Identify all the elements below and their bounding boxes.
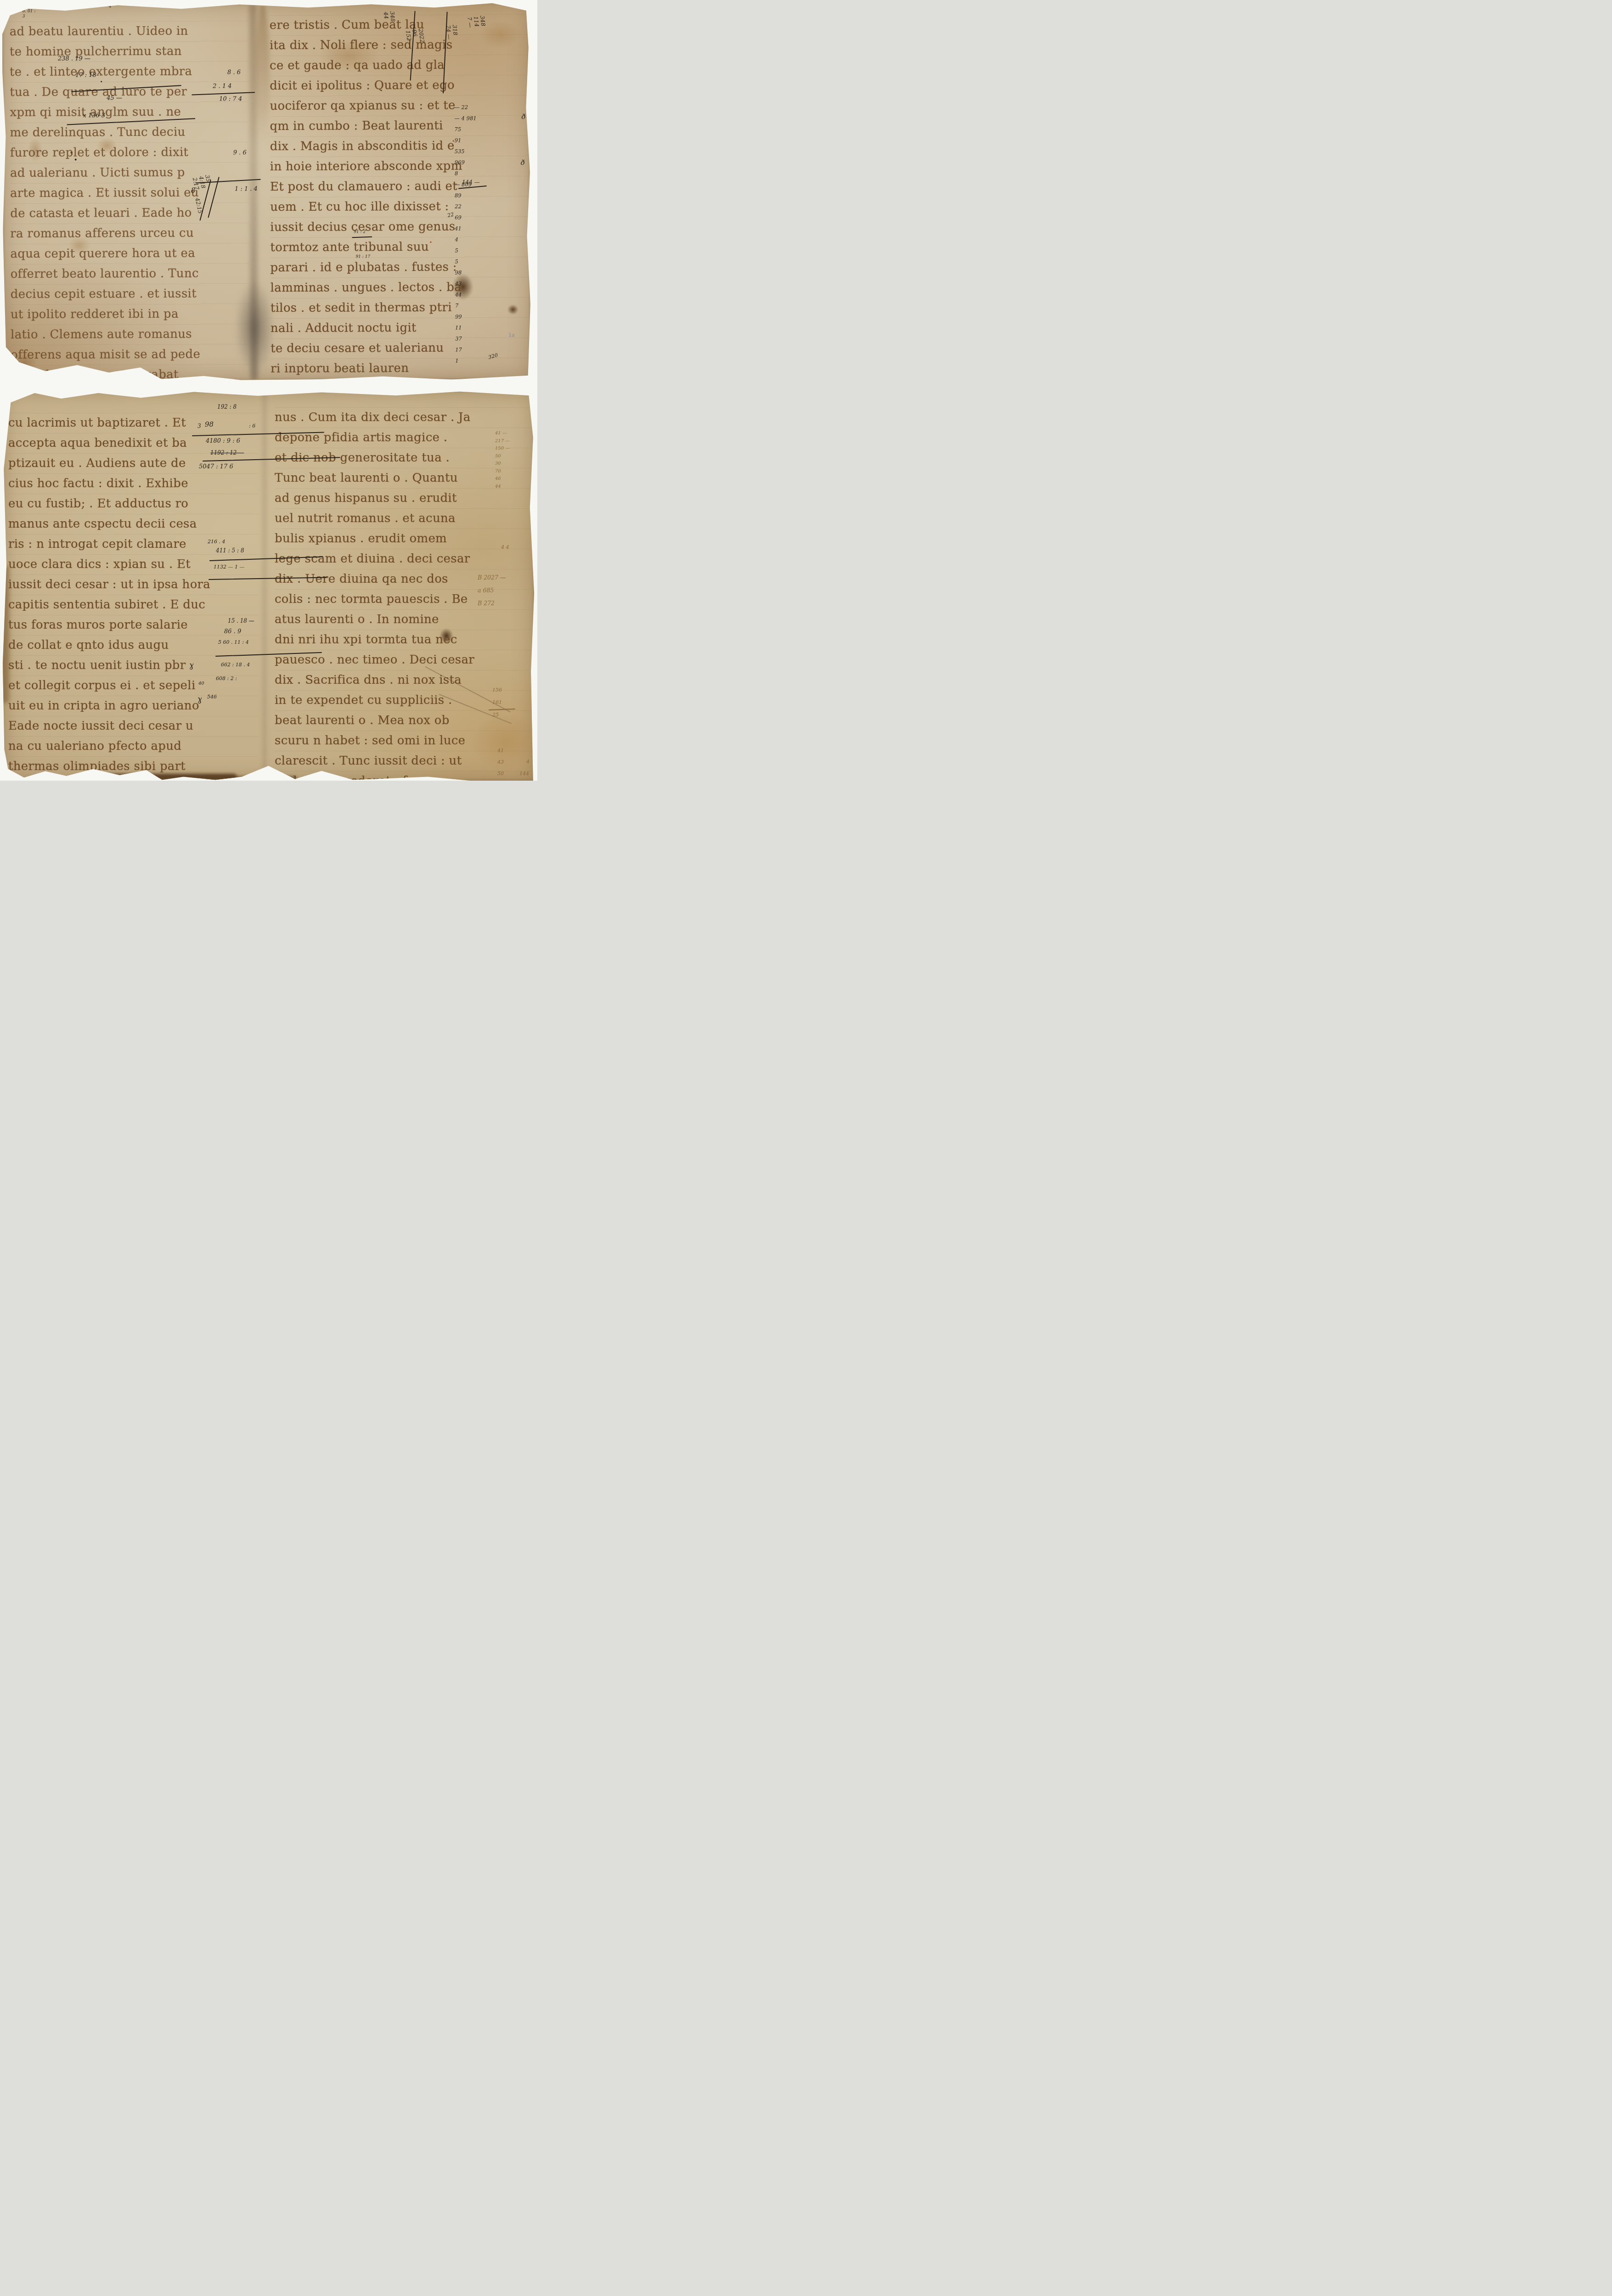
text-line: tribunal	[8, 777, 259, 781]
annotation-662-18-4: 662 : 18 . 4	[221, 662, 250, 668]
annotation-4180-9-6: 4180 : 9 : 6	[206, 438, 240, 445]
annotation-colon-6: : 6	[249, 423, 255, 429]
text-line: dicit ei ipolitus : Quare et ego	[270, 75, 530, 96]
text-line: capitis sententia subiret . E duc	[8, 595, 259, 615]
eth-glyph: ð	[521, 158, 525, 167]
annotation-40: 40	[198, 681, 204, 686]
annotation-4: 4	[526, 759, 530, 765]
text-line: B 272	[478, 597, 506, 610]
annotation-24: 2 4	[69, 4, 77, 10]
text-line: thermas olimpiades sibi part	[8, 756, 259, 777]
text-line: 43	[497, 756, 507, 768]
text-column-left: ad beatu laurentiu . Uideo inte homine p…	[10, 21, 250, 380]
text-line: 91	[455, 135, 498, 146]
text-line: 7 —	[466, 17, 473, 28]
annotation-8-6: 8 . 6	[227, 69, 241, 76]
text-line: 50	[495, 453, 510, 461]
corner-computation-3: 31874 —	[445, 25, 459, 40]
text-line: 50	[497, 768, 507, 779]
annotation-98: 98	[205, 420, 214, 428]
text-line: te . et linteo extergente mbra	[10, 61, 248, 82]
text-line: iussit deci cesar : ut in ipsa hora	[8, 574, 259, 595]
annotation-1-14: 1 : 1 . 4	[235, 186, 258, 192]
text-line: 8 4	[23, 4, 36, 9]
annotation-411-5-8: 411 : 5 : 8	[216, 547, 244, 554]
gamma-curl: ɣ	[189, 661, 194, 670]
text-line: dni nri ihu xpi tormta tua nec	[275, 630, 532, 650]
text-line: 75	[454, 124, 498, 135]
text-line: 7	[455, 300, 499, 311]
text-line: Tunc beat laurenti o . Quantu	[275, 468, 532, 488]
corner-computation-1: 34844	[383, 11, 396, 23]
text-line: 11	[455, 322, 499, 333]
annotation-4-mark: 4	[109, 4, 112, 9]
eth-glyph: ð	[521, 113, 525, 121]
annotation-560-11-4: 5 60 . 11 : 4	[218, 639, 249, 645]
text-line: cu lacrimis ut baptizaret . Et	[8, 413, 259, 433]
text-line: 156	[492, 684, 502, 696]
text-line: 41	[497, 745, 507, 756]
corner-computation-4: 3481147 —	[466, 15, 486, 28]
annotation-1132: 1132 — 1 —	[214, 564, 244, 570]
text-line: 44	[455, 289, 499, 300]
text-line: ce et gaude : qa uado ad gla	[270, 55, 530, 76]
text-line: a 685	[478, 584, 506, 597]
text-line: — 809	[455, 179, 498, 190]
text-line: me derelinquas . Tunc deciu	[10, 122, 248, 143]
annotation-45: 45 —	[107, 95, 122, 101]
annotation-17-18: 17 : 18	[75, 72, 96, 79]
annotation-608-2: 608 : 2 :	[216, 675, 237, 681]
text-line: 74 —	[445, 25, 452, 40]
annotation-1192-12: 1192 : 12 —	[210, 450, 244, 456]
annotation-91-17: 91 : 17	[355, 254, 370, 259]
pencil-folio-mark: 1a	[508, 332, 515, 338]
annotation-192-8: 192 : 8	[217, 404, 237, 410]
top-left-scraps: 8 48. 01 :3	[23, 4, 36, 19]
text-line: 41 —	[495, 430, 510, 438]
annotation-238-19: 238 . 19 —	[58, 55, 90, 62]
text-line: 25	[492, 709, 502, 721]
annotation-15-18: 15 . 18 —	[228, 618, 254, 624]
text-line: B 2027 —	[478, 571, 506, 584]
text-line: 22	[455, 201, 498, 212]
margin-number-column: — 22— 4 98175915359698— 8098922694145598…	[454, 101, 499, 366]
annotation-2-14: 2 . 1 4	[213, 83, 231, 90]
text-line: 30	[495, 460, 510, 468]
text-line: cu lapidib; cederet . fr	[275, 771, 532, 781]
corner-computation-2: 202296152 —	[405, 28, 426, 49]
text-line: clarescit . Tunc iussit deci : ut	[275, 751, 532, 771]
text-line: bulis xpianus . erudit omem	[275, 529, 532, 549]
text-line: 8	[455, 168, 498, 179]
text-line: manus ante cspectu decii cesa	[8, 514, 259, 534]
margin-number-column: 41 —217 —150 —5030704644	[495, 430, 510, 490]
annotation-216-4: 216 . 4	[208, 539, 225, 545]
text-line: 70	[495, 468, 510, 476]
text-line: 37	[455, 333, 499, 344]
text-line: ra romanus afferens urceu cu	[10, 223, 249, 244]
text-line: uit eu in cripta in agro ueriano	[8, 696, 259, 716]
text-line: de catasta et leuari . Eade ho	[10, 203, 249, 224]
text-line: 43	[455, 278, 499, 289]
text-line: 180	[497, 779, 507, 781]
text-line: atus laurenti o . In nomine	[275, 609, 532, 630]
annotation-91-2: 91 : 2	[354, 230, 366, 234]
text-line: — 22	[454, 101, 498, 113]
gamma-curl: ɣ	[197, 695, 202, 703]
annotation-5047-17-6: 5047 : 17 6	[199, 463, 233, 470]
parchment-leaf-top: ad beatu laurentiu . Uideo inte homine p…	[2, 2, 531, 381]
text-line: Eade nocte iussit deci cesar u	[8, 716, 259, 736]
text-line: — 4 981	[454, 113, 498, 124]
annotation-86-9: 86 . 9	[224, 628, 241, 635]
text-line: 348	[479, 15, 486, 27]
text-line: 3	[23, 14, 36, 19]
text-line: 348	[389, 11, 396, 22]
annotation-x136: x 136 3	[83, 112, 105, 119]
text-line: aqua cepit querere hora ut ea	[10, 243, 249, 264]
text-line: eu cu fustib; . Et adductus ro	[8, 494, 259, 514]
text-line: decius cepit estuare . et iussit	[11, 283, 249, 304]
text-line: 44	[495, 483, 510, 491]
text-line: 114	[473, 16, 480, 28]
text-line: 46	[495, 475, 510, 483]
margin-sum-block: B 2027 —a 685B 272	[478, 571, 506, 610]
text-line: 69	[455, 212, 498, 223]
annotation-3: 3	[197, 423, 201, 429]
annotation-546: 546	[207, 694, 217, 700]
margin-sum-block: 15616125	[492, 684, 502, 721]
text-line: 535	[455, 146, 498, 157]
text-line: furore replet et dolore : dixit	[10, 142, 249, 163]
text-line: lege scam et diuina . deci cesar	[275, 549, 532, 569]
text-line: depone pfidia artis magice .	[275, 428, 532, 448]
text-line: 217 —	[495, 438, 510, 445]
text-line: tus foras muros porte salarie	[8, 615, 259, 635]
text-line: 99	[455, 311, 499, 322]
annotation-9-6: 9 . 6	[233, 149, 247, 156]
text-line: 161	[492, 696, 502, 709]
text-line: 4	[455, 234, 498, 245]
text-line: na cu ualeriano pfecto apud	[8, 736, 259, 756]
parchment-leaf-bottom: cu lacrimis ut baptizaret . Etaccepta aq…	[3, 391, 534, 781]
text-line: ad beatu laurentiu . Uideo in	[10, 21, 248, 42]
text-line: offerens aqua misit se ad pede	[11, 344, 249, 365]
text-line: ut ipolito redderet ibi in pa	[11, 304, 249, 325]
annotation-144: 144	[519, 771, 529, 777]
text-line: cius hoc factu : dixit . Exhibe	[8, 473, 259, 494]
text-line: xpm qi misit anglm suu . ne	[10, 101, 248, 123]
text-line: nus . Cum ita dix deci cesar . Ja	[275, 407, 532, 428]
text-line: te homine pulcherrimu stan	[10, 41, 248, 62]
text-line: uel nutrit romanus . et acuna	[275, 508, 532, 529]
gutter-top-stain	[256, 3, 270, 141]
text-line: latio . Clemens aute romanus	[11, 324, 249, 345]
text-line: 318	[451, 25, 459, 39]
text-line: 89	[455, 190, 498, 201]
text-line: 98	[455, 267, 499, 278]
text-line: 150 —	[495, 445, 510, 453]
text-line: 8. 01 :	[23, 9, 36, 14]
text-line: beati laurentiu . et rogabat	[11, 364, 249, 381]
text-line: de collat e qnto idus augu	[8, 635, 259, 655]
margin-number-column: 414350180	[497, 745, 507, 781]
manuscript-scan: ad beatu laurentiu . Uideo inte homine p…	[0, 0, 537, 781]
text-line: offerret beato laurentio . Tunc	[11, 263, 249, 284]
text-line: scuru n habet : sed omi in luce	[275, 731, 532, 751]
annotation-44: 4 4	[501, 544, 509, 550]
text-line: ere tristis . Cum beat lau	[270, 14, 530, 35]
text-line: 5	[455, 256, 498, 267]
fold-line	[263, 391, 266, 781]
text-line: ad genus hispanus su . erudit	[275, 488, 532, 508]
text-line: ita dix . Noli flere : sed magis	[270, 34, 530, 56]
text-line: 969	[455, 157, 498, 168]
annotation-10-74: 10 : 7 4	[219, 96, 242, 102]
text-line: 41	[455, 223, 498, 234]
text-line: 44	[383, 11, 390, 23]
text-line: ad ualerianu . Uicti sumus p	[10, 162, 249, 183]
text-line: 5	[455, 245, 498, 256]
